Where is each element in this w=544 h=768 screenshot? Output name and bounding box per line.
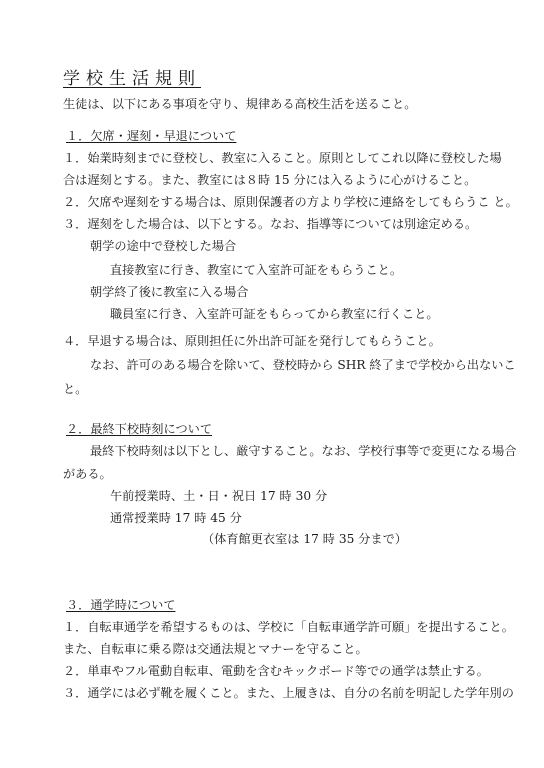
section-1-line: 朝学終了後に教室に入る場合 — [90, 284, 248, 300]
section-3-line: ３．通学には必ず靴を履くこと。また、上履きは、自分の名前を明記した学年別の — [63, 685, 514, 701]
section-1-line: なお、許可のある場合を除いて、登校時から SHR 終了まで学校から出ないこ — [90, 357, 516, 373]
section-3-line: また、自転車に乗る際は交通法規とマナーを守ること。 — [63, 641, 368, 657]
section-1-line: ２．欠席や遅刻をする場合は、原則保護者の方より学校に連絡をしてもらうこ と。 — [63, 194, 518, 210]
section-1-line: と。 — [63, 381, 87, 397]
section-2-line: （体育館更衣室は 17 時 35 分まで） — [202, 531, 407, 547]
section-1-line: 直接教室に行き、教室にて入室許可証をもらうこと。 — [110, 262, 402, 278]
intro-text: 生徒は、以下にある事項を守り、規律ある高校生活を送ること。 — [63, 96, 416, 112]
section-2-line: 最終下校時刻は以下とし、厳守すること。なお、学校行事等で変更になる場合 — [90, 443, 517, 459]
document-page: 学校生活規則 生徒は、以下にある事項を守り、規律ある高校生活を送ること。 １．欠… — [0, 0, 544, 768]
section-1-line: 職員室に行き、入室許可証をもらってから教室に行くこと。 — [110, 306, 439, 322]
section-2-heading: ２．最終下校時刻について — [66, 421, 212, 437]
section-2-line: 午前授業時、土・日・祝日 17 時 30 分 — [110, 488, 327, 504]
section-3-heading: ３．通学時について — [66, 597, 175, 613]
section-1-line: 合は遅刻とする。また、教室には８時 15 分には入るように心がけること。 — [63, 172, 476, 188]
section-1-line: 朝学の途中で登校した場合 — [90, 238, 236, 254]
section-3-line: ２．単車やフル電動自転車、電動を含むキックボード等での通学は禁止する。 — [63, 663, 489, 679]
section-1-heading: １．欠席・遅刻・早退について — [66, 128, 236, 144]
section-2-line: がある。 — [63, 466, 112, 482]
section-3-line: １．自転車通学を希望するものは、学校に「自転車通学許可願」を提出すること。 — [63, 619, 514, 635]
section-1-line: １．始業時刻までに登校し、教室に入ること。原則としてこれ以降に登校した場 — [63, 150, 502, 166]
section-2-line: 通常授業時 17 時 45 分 — [110, 510, 242, 526]
section-1-line: ３．遅刻をした場合は、以下とする。なお、指導等については別途定める。 — [63, 216, 477, 232]
section-1-line: ４．早退する場合は、原則担任に外出許可証を発行してもらうこと。 — [63, 333, 441, 349]
page-title: 学校生活規則 — [63, 64, 201, 89]
